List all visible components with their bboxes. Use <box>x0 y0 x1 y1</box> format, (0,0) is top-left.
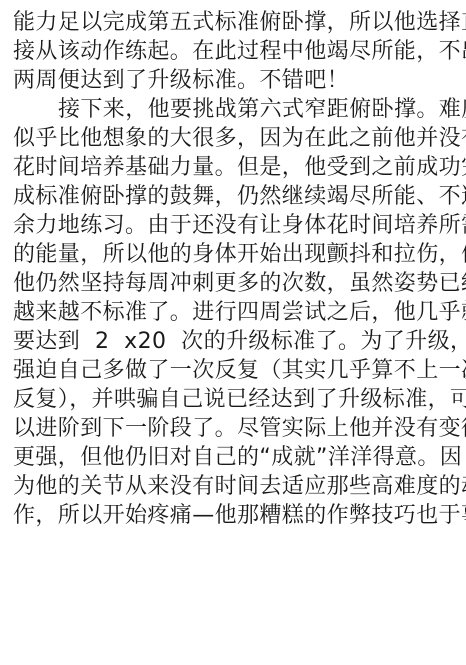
text-line: 成标准俯卧撑的鼓舞，仍然继续竭尽所能、不遗 <box>13 182 453 211</box>
text-line: 为他的关节从来没有时间去适应那些高难度的动 <box>13 472 453 501</box>
text-line: 两周便达到了升级标准。不错吧！ <box>13 66 453 95</box>
text-line: 的能量，所以他的身体开始出现颤抖和拉伤，但 <box>13 240 453 269</box>
text-line-indented: 接下来，他要挑战第六式窄距俯卧撑。难度 <box>13 95 453 124</box>
text-line: 作，所以开始疼痛—他那糟糕的作弊技巧也于事 <box>13 501 453 530</box>
text-line: 越来越不标准了。进行四周尝试之后，他几乎就 <box>13 298 453 327</box>
text-line: 他仍然坚持每周冲刺更多的次数，虽然姿势已经 <box>13 269 453 298</box>
text-line: 更强，但他仍旧对自己的“成就”洋洋得意。因 <box>13 443 453 472</box>
text-line: 余力地练习。由于还没有让身体花时间培养所需 <box>13 211 453 240</box>
text-line: 强迫自己多做了一次反复（其实几乎算不上一次 <box>13 356 453 385</box>
text-line: 反复），并哄骗自己说已经达到了升级标准，可 <box>13 385 453 414</box>
text-line: 花时间培养基础力量。但是，他受到之前成功完 <box>13 153 453 182</box>
text-line: 能力足以完成第五式标准俯卧撑，所以他选择直 <box>13 8 453 37</box>
text-line: 接从该动作练起。在此过程中他竭尽所能，不出 <box>13 37 453 66</box>
paragraph-2: 接下来，他要挑战第六式窄距俯卧撑。难度 似乎比他想象的大很多，因为在此之前他并没… <box>13 95 453 530</box>
paragraph-1: 能力足以完成第五式标准俯卧撑，所以他选择直 接从该动作练起。在此过程中他竭尽所能… <box>13 8 453 95</box>
text-line: 要达到 2 x20 次的升级标准了。为了升级，他 <box>13 327 453 356</box>
document-page: 能力足以完成第五式标准俯卧撑，所以他选择直 接从该动作练起。在此过程中他竭尽所能… <box>13 8 453 530</box>
text-line: 以进阶到下一阶段了。尽管实际上他并没有变得 <box>13 414 453 443</box>
text-line: 似乎比他想象的大很多，因为在此之前他并没有 <box>13 124 453 153</box>
